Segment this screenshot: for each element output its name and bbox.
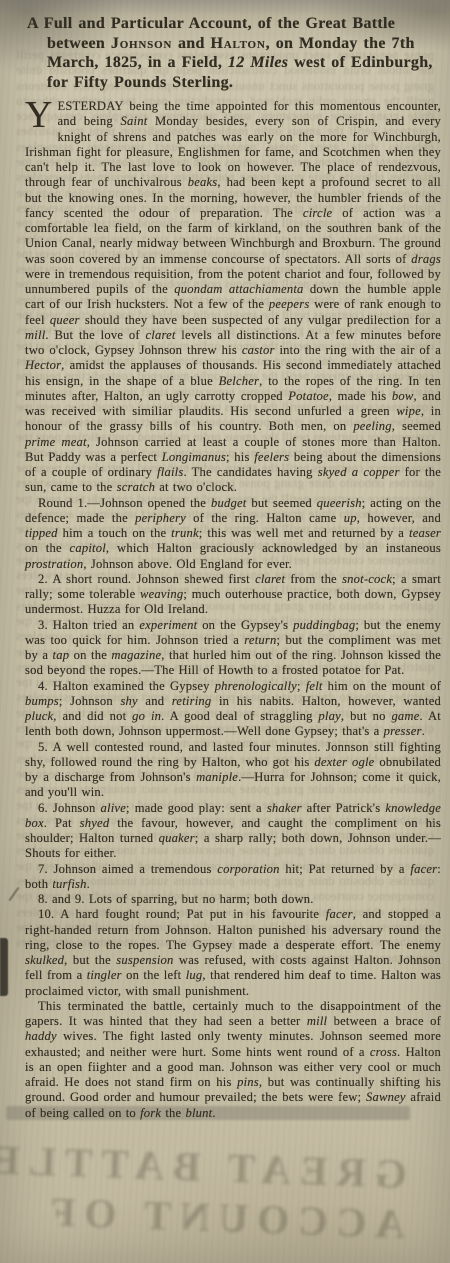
italic-text-run: maniple xyxy=(196,770,238,784)
text-run: him a touch on the xyxy=(58,526,171,540)
italic-text-run: felt xyxy=(306,679,323,693)
text-run: 10. A hard fought round; Pat put in his … xyxy=(38,907,326,921)
italic-text-run: claret xyxy=(145,328,175,342)
round-10: 10. A hard fought round; Pat put in his … xyxy=(25,907,441,999)
text-run: at two o'clock. xyxy=(155,480,237,494)
italic-text-run: corporation xyxy=(217,862,279,876)
text-run: , seemed xyxy=(392,419,441,433)
text-run: from the xyxy=(285,572,342,586)
italic-text-run: cross xyxy=(370,1045,397,1059)
text-run: should they have been suspected of any v… xyxy=(80,313,441,327)
italic-text-run: teaser xyxy=(409,526,441,540)
italic-text-run: peeling xyxy=(353,419,391,433)
closing-paragraph: This terminated the battle, certainly mu… xyxy=(25,999,441,1121)
text-run: on the Gypsey's xyxy=(197,618,293,632)
opening-paragraph: YESTERDAY being the time appointed for t… xyxy=(25,99,441,496)
text-run: . Pat xyxy=(44,816,80,830)
text-run: on the xyxy=(69,648,111,662)
italic-text-run: beaks xyxy=(188,175,218,189)
italic-text-run: tap xyxy=(53,648,70,662)
text-run: ; Johnson xyxy=(59,694,121,708)
text-run: . A good deal of straggling xyxy=(161,709,318,723)
text-run: , which Halton graciously acknowledged b… xyxy=(106,541,441,555)
document-body: YESTERDAY being the time appointed for t… xyxy=(25,99,441,1121)
text-run: , but no xyxy=(341,709,392,723)
italic-text-run: trunk xyxy=(171,526,199,540)
round-1: Round 1.—Johnson opened the budget but s… xyxy=(25,496,441,572)
italic-text-run: shaker xyxy=(267,801,302,815)
text-run: , but the xyxy=(64,953,116,967)
text-run: . But the love of xyxy=(45,328,145,342)
italic-text-run: weaving xyxy=(140,587,183,601)
italic-text-run: snot-cock xyxy=(342,572,392,586)
rounds-8-and-9: 8. and 9. Lots of sparring, but no harm;… xyxy=(25,892,441,907)
italic-text-run: lug xyxy=(186,968,203,982)
text-run: hit; Pat returned by a xyxy=(280,862,411,876)
text-run: between a brace of xyxy=(327,1014,441,1028)
left-edge-ink-smudge xyxy=(0,938,8,996)
italic-text-run: pluck xyxy=(25,709,53,723)
italic-text-run: suspension xyxy=(116,953,173,967)
italic-text-run: haddy xyxy=(25,1029,57,1043)
italic-text-run: budget xyxy=(211,496,246,510)
text-run: 8. and 9. Lots of sparring, but no harm;… xyxy=(38,892,314,906)
text-run: in his nabits. Halton, however, wanted xyxy=(211,694,441,708)
italic-text-run: periphery xyxy=(135,511,186,525)
text-run: ; made good play: sent a xyxy=(126,801,267,815)
italic-text-run: Hector xyxy=(25,358,61,372)
small-caps-name: Halton xyxy=(210,35,265,52)
italic-text-run: blunt xyxy=(185,1106,212,1120)
italic-text-run: Saint xyxy=(121,114,148,128)
italic-text-run: game xyxy=(391,709,419,723)
italic-text-run: mill xyxy=(25,328,45,342)
text-run: ; xyxy=(297,679,306,693)
document-title: A Full and Particular Account, of the Gr… xyxy=(25,14,441,92)
italic-text-run: prime meat xyxy=(25,435,87,449)
round-4: 4. Halton examined the Gypsey phrenologi… xyxy=(25,679,441,740)
text-run: after Patrick's xyxy=(302,801,386,815)
italic-text-run: feelers xyxy=(254,450,289,464)
text-run: on the xyxy=(25,541,70,555)
round-5: 5. A well contested round, and lasted fo… xyxy=(25,740,441,801)
italic-text-run: experiment xyxy=(139,618,197,632)
italic-text-run: up xyxy=(344,511,357,525)
text-run: the xyxy=(161,1106,185,1120)
broadside-page: ponse ponorattons sunct unouimons assewp… xyxy=(0,0,450,1263)
text-run: on the left xyxy=(122,968,186,982)
italic-text-run: bow xyxy=(392,389,414,403)
italic-text-run: Belcher xyxy=(219,374,260,388)
italic-text-run: quaker xyxy=(159,831,195,845)
margin-pencil-mark xyxy=(9,887,20,901)
round-7: 7. Johnson aimed a tremendous corporatio… xyxy=(25,862,441,893)
drop-cap: Y xyxy=(25,99,57,130)
italic-text-run: queer xyxy=(50,313,80,327)
italic-text-run: fork xyxy=(140,1106,161,1120)
italic-text-run: queerish xyxy=(317,496,362,510)
italic-text-run: return xyxy=(244,633,276,647)
text-run: 4. Halton examined the Gypsey xyxy=(38,679,215,693)
italic-text-run: wipe xyxy=(396,404,421,418)
italic-text-run: puddingbag xyxy=(293,618,355,632)
text-run: Round 1.—Johnson opened the xyxy=(38,496,211,510)
italic-text-run: dexter ogle xyxy=(314,755,374,769)
italic-text-run: skulked xyxy=(25,953,64,967)
italic-text-run: retiring xyxy=(172,694,212,708)
italic-text-run: tipped xyxy=(25,526,58,540)
italic-text-run: presser xyxy=(384,724,422,738)
italic-text-run: shyed xyxy=(80,816,110,830)
text-run: , and did not xyxy=(53,709,132,723)
italic-text-run: prostration xyxy=(25,557,83,571)
italic-text-run: claret xyxy=(255,572,285,586)
text-run: . xyxy=(87,877,90,891)
italic-text-run: 12 Miles xyxy=(228,54,288,71)
text-run: . xyxy=(422,724,425,738)
italic-text-run: flails xyxy=(157,465,183,479)
text-run: , Johnson above. Old England for ever. xyxy=(83,557,292,571)
italic-text-run: bumps xyxy=(25,694,59,708)
italic-text-run: mill xyxy=(307,1014,327,1028)
text-run: 7. Johnson aimed a tremendous xyxy=(38,862,217,876)
italic-text-run: tingler xyxy=(87,968,122,982)
italic-text-run: magazine xyxy=(111,648,161,662)
round-3: 3. Halton tried an experiment on the Gyp… xyxy=(25,618,441,679)
round-2: 2. A short round. Johnson shewed first c… xyxy=(25,572,441,618)
text-run: 2. A short round. Johnson shewed first xyxy=(38,572,255,586)
italic-text-run: facer xyxy=(410,862,437,876)
text-run: him on the mount of xyxy=(323,679,441,693)
italic-text-run: circle xyxy=(303,206,332,220)
text-run: but seemed xyxy=(246,496,316,510)
text-run: into the ring with the air of a xyxy=(275,343,441,357)
italic-text-run: Sawney xyxy=(366,1090,406,1104)
text-run: and xyxy=(138,694,172,708)
text-run: . The candidates having xyxy=(183,465,317,479)
italic-text-run: go in xyxy=(132,709,161,723)
italic-text-run: pins xyxy=(237,1075,259,1089)
text-run: , made his xyxy=(329,389,392,403)
text-run: 6. Johnson xyxy=(38,801,101,815)
italic-text-run: alive xyxy=(101,801,126,815)
text-run: 3. Halton tried an xyxy=(38,618,139,632)
italic-text-run: capitol xyxy=(70,541,106,555)
small-caps-name: Johnson xyxy=(111,35,172,52)
italic-text-run: phrenologically xyxy=(215,679,297,693)
printed-column: A Full and Particular Account, of the Gr… xyxy=(25,14,441,1121)
italic-text-run: turfish xyxy=(52,877,86,891)
italic-text-run: scratch xyxy=(117,480,155,494)
italic-text-run: skyed a copper xyxy=(318,465,400,479)
italic-text-run: facer xyxy=(326,907,353,921)
text-run: ; his xyxy=(226,450,254,464)
text-run: and xyxy=(172,35,210,52)
italic-text-run: quondam attachiamenta xyxy=(174,282,303,296)
bleedthrough-large-letters: GREAT BATTLEACCOUNT OF xyxy=(14,1135,407,1249)
round-6: 6. Johnson alive; made good play: sent a… xyxy=(25,801,441,862)
italic-text-run: shy xyxy=(120,694,137,708)
italic-text-run: drags xyxy=(411,252,441,266)
italic-text-run: Longimanus xyxy=(162,450,226,464)
text-run: . xyxy=(212,1106,215,1120)
text-run: , however, and xyxy=(357,511,441,525)
italic-text-run: castor xyxy=(242,343,275,357)
text-run: ; this was well met and returned by a xyxy=(199,526,409,540)
text-run: of the ring. Halton came xyxy=(186,511,344,525)
italic-text-run: Potatoe xyxy=(288,389,329,403)
italic-text-run: play xyxy=(318,709,340,723)
italic-text-run: peepers xyxy=(269,297,310,311)
